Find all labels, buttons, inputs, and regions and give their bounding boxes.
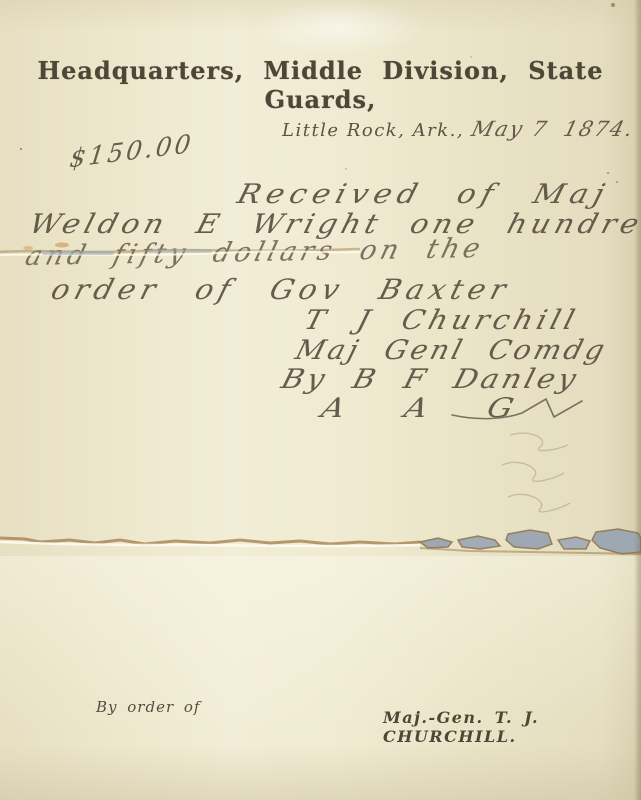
amount: $150.00 — [68, 129, 195, 174]
main-tear — [0, 518, 641, 564]
dateline-place: Little Rock, Ark., — [282, 120, 464, 141]
letterhead-title: Headquarters, Middle Division, State Gua… — [0, 56, 641, 114]
dateline-date: May 7 — [469, 117, 551, 141]
bleed-through-marks — [490, 425, 620, 525]
dateline-year: 1874. — [561, 117, 637, 141]
handwritten-line-6-rank: Maj Genl Comdg — [292, 335, 611, 366]
footer-signature-printed: Maj.-Gen. T. J. CHURCHILL. — [383, 708, 641, 746]
handwritten-line-4: order of Gov Baxter — [48, 273, 515, 306]
handwritten-line-8-aag: A A G — [318, 393, 527, 424]
document-page: Headquarters, Middle Division, State Gua… — [0, 0, 641, 800]
handwritten-line-5-signature: T J Churchill — [301, 305, 582, 336]
handwritten-line-1: Received of Maj — [234, 179, 613, 210]
top-fold-crease — [240, 0, 440, 60]
footer-by-order-of: By order of — [96, 698, 200, 716]
ink-specks — [0, 0, 2, 2]
dateline: Little Rock, Ark.,May 71874. — [282, 117, 634, 141]
handwritten-line-7-by: By B F Danley — [278, 364, 583, 395]
